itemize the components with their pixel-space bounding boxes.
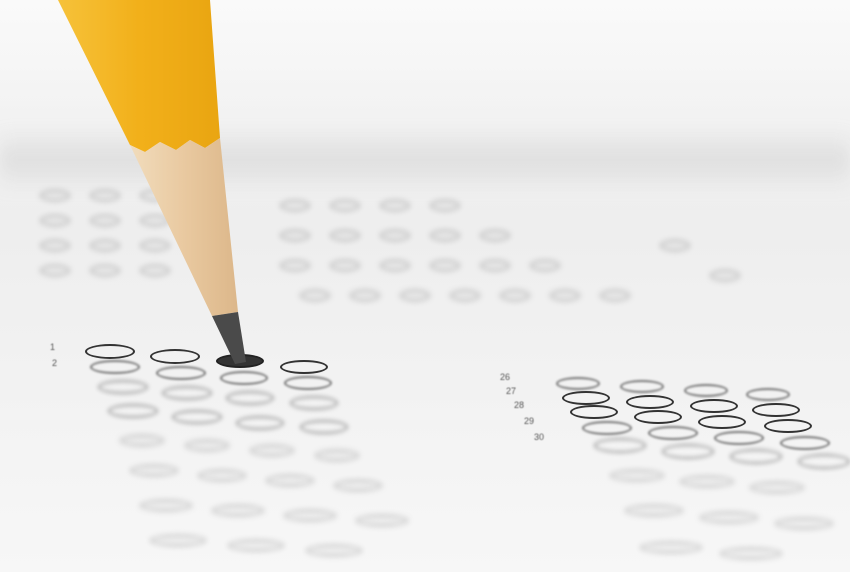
bubble-1b[interactable] <box>150 349 200 364</box>
bubble-30a[interactable] <box>594 438 646 453</box>
question-label: 28 <box>514 400 524 410</box>
question-label: 30 <box>534 432 544 442</box>
question-label: 2 <box>52 358 57 368</box>
bubble-29c[interactable] <box>714 431 764 445</box>
bubble-4c[interactable] <box>236 416 284 430</box>
bubble-1c-filled[interactable] <box>216 354 264 368</box>
bubble-26b[interactable] <box>620 380 664 393</box>
bubble-28b[interactable] <box>634 410 682 424</box>
bubble-4b[interactable] <box>172 410 222 424</box>
photo-scene: 1 2 26 27 28 29 30 <box>0 0 850 572</box>
bubble-29b[interactable] <box>648 426 698 440</box>
bubble-26a[interactable] <box>556 377 600 390</box>
bubble-26c[interactable] <box>684 384 728 397</box>
bubble-28c[interactable] <box>698 415 746 429</box>
bubble-29d[interactable] <box>780 436 830 450</box>
bubble-28d[interactable] <box>764 419 812 433</box>
bubble-27b[interactable] <box>626 395 674 409</box>
bubble-3a[interactable] <box>98 380 148 394</box>
bubble-30b[interactable] <box>662 444 714 459</box>
bubble-3d[interactable] <box>290 396 338 410</box>
blurred-answer-rows-lower-right <box>540 460 850 572</box>
bubble-2b[interactable] <box>156 366 206 380</box>
bubble-4a[interactable] <box>108 404 158 418</box>
question-label: 29 <box>524 416 534 426</box>
bubble-27a[interactable] <box>562 391 610 405</box>
bubble-2d[interactable] <box>284 376 332 390</box>
bubble-1a[interactable] <box>85 344 135 359</box>
bubble-2a[interactable] <box>90 360 140 374</box>
question-label: 1 <box>50 342 55 352</box>
blurred-answer-rows-upper <box>0 180 850 330</box>
question-label: 26 <box>500 372 510 382</box>
bubble-27c[interactable] <box>690 399 738 413</box>
bubble-3b[interactable] <box>162 386 212 400</box>
bubble-28a[interactable] <box>570 405 618 419</box>
bubble-27d[interactable] <box>752 403 800 417</box>
bubble-3c[interactable] <box>226 391 274 405</box>
bubble-2c[interactable] <box>220 371 268 385</box>
bubble-26d[interactable] <box>746 388 790 401</box>
question-label: 27 <box>506 386 516 396</box>
bubble-29a[interactable] <box>582 421 632 435</box>
blurred-answer-rows-lower-left <box>0 430 420 570</box>
background-haze <box>0 0 850 140</box>
bubble-1d[interactable] <box>280 360 328 374</box>
